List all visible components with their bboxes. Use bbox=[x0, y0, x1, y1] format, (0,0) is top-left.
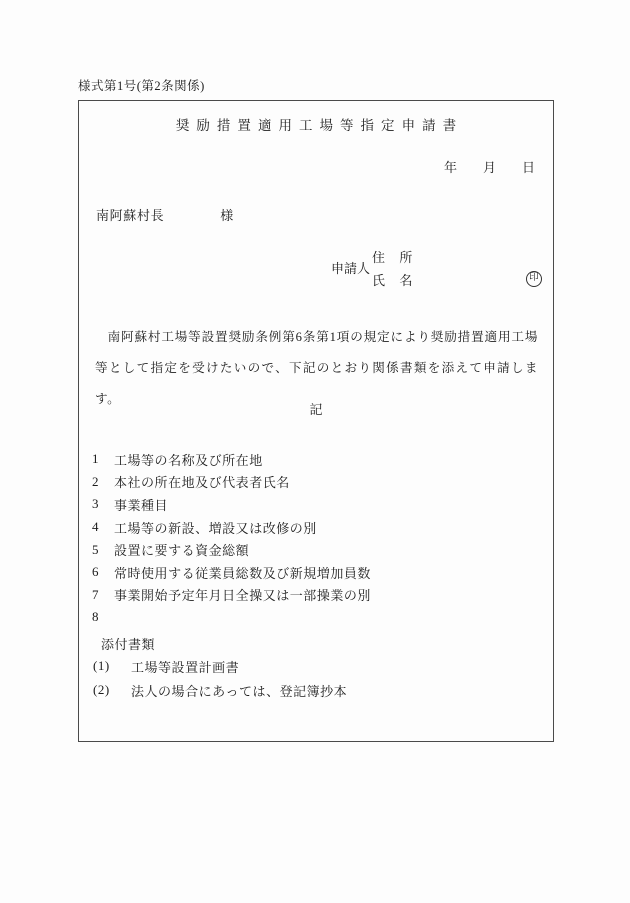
addressee-line: 南阿蘇村長 様 bbox=[96, 205, 234, 224]
record-heading: 記 bbox=[79, 399, 553, 418]
date-day-label: 日 bbox=[522, 157, 535, 176]
form-number-label: 様式第1号(第2条関係) bbox=[78, 76, 205, 94]
applicant-address-row: 住 所 bbox=[372, 247, 542, 265]
required-items-list: 1 工場等の名称及び所在地 2 本社の所在地及び代表者氏名 3 事業種目 4 工… bbox=[92, 448, 541, 629]
list-item: 4 工場等の新設、増設又は改修の別 bbox=[92, 516, 541, 539]
applicant-label: 申請人 bbox=[331, 258, 370, 277]
date-line: 年 月 日 bbox=[444, 157, 535, 176]
item-text: 事業開始予定年月日全操又は一部操業の別 bbox=[114, 585, 371, 604]
item-number: 7 bbox=[92, 587, 114, 603]
addressee-name: 南阿蘇村長 bbox=[96, 205, 164, 224]
attachment-number: (1) bbox=[93, 658, 131, 674]
applicant-block: 申請人 住 所 氏 名 印 bbox=[331, 247, 542, 288]
seal-mark: 印 bbox=[526, 271, 542, 287]
list-item: 3 事業種目 bbox=[92, 493, 541, 516]
attachment-item: (2) 法人の場合にあっては、登記簿抄本 bbox=[92, 678, 541, 702]
date-month-label: 月 bbox=[483, 157, 496, 176]
item-text: 設置に要する資金総額 bbox=[114, 540, 249, 559]
address-label: 住 所 bbox=[372, 247, 413, 266]
list-item: 8 bbox=[92, 606, 541, 629]
list-item: 2 本社の所在地及び代表者氏名 bbox=[92, 471, 541, 494]
attachment-item: (1) 工場等設置計画書 bbox=[92, 654, 541, 678]
list-item: 6 常時使用する従業員総数及び新規増加員数 bbox=[92, 561, 541, 584]
form-border-box: 奨励措置適用工場等指定申請書 年 月 日 南阿蘇村長 様 申請人 住 所 氏 名… bbox=[78, 100, 554, 742]
item-text: 常時使用する従業員総数及び新規増加員数 bbox=[114, 563, 371, 582]
name-label: 氏 名 bbox=[372, 270, 413, 289]
addressee-honorific: 様 bbox=[220, 205, 234, 224]
item-number: 3 bbox=[92, 496, 114, 512]
attachments-heading: 添付書類 bbox=[101, 632, 541, 654]
form-title: 奨励措置適用工場等指定申請書 bbox=[79, 114, 553, 134]
item-text: 工場等の名称及び所在地 bbox=[114, 450, 263, 469]
list-item: 5 設置に要する資金総額 bbox=[92, 538, 541, 561]
list-item: 7 事業開始予定年月日全操又は一部操業の別 bbox=[92, 584, 541, 607]
item-text: 事業種目 bbox=[114, 495, 168, 514]
item-number: 2 bbox=[92, 474, 114, 490]
item-number: 1 bbox=[92, 451, 114, 467]
item-number: 6 bbox=[92, 564, 114, 580]
item-text: 工場等の新設、増設又は改修の別 bbox=[114, 518, 317, 537]
item-text: 本社の所在地及び代表者氏名 bbox=[114, 472, 290, 491]
item-number: 8 bbox=[92, 609, 114, 625]
item-number: 4 bbox=[92, 519, 114, 535]
applicant-name-row: 氏 名 印 bbox=[372, 270, 542, 288]
applicant-fields: 住 所 氏 名 印 bbox=[372, 247, 542, 288]
list-item: 1 工場等の名称及び所在地 bbox=[92, 448, 541, 471]
date-year-label: 年 bbox=[444, 157, 457, 176]
attachment-text: 法人の場合にあっては、登記簿抄本 bbox=[131, 681, 347, 700]
attachment-text: 工場等設置計画書 bbox=[131, 657, 239, 676]
document-page: 様式第1号(第2条関係) 奨励措置適用工場等指定申請書 年 月 日 南阿蘇村長 … bbox=[0, 0, 630, 903]
attachments-section: 添付書類 (1) 工場等設置計画書 (2) 法人の場合にあっては、登記簿抄本 bbox=[92, 632, 541, 702]
item-number: 5 bbox=[92, 542, 114, 558]
attachment-number: (2) bbox=[93, 682, 131, 698]
